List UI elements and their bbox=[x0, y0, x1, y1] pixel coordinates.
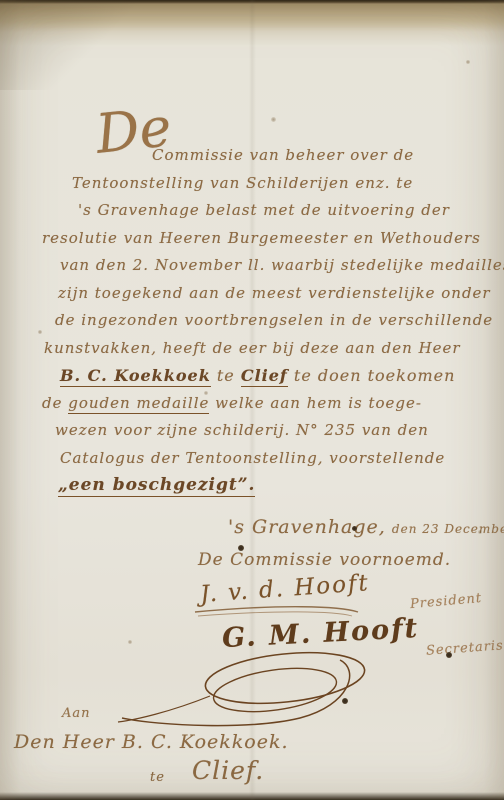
letter-line: Commissie van beheer over de bbox=[152, 142, 504, 170]
address-recipient: Den Heer B. C. Koekkoek. bbox=[14, 731, 289, 753]
address-salutation: Aan bbox=[62, 706, 91, 721]
letter-body: Commissie van beheer over deTentoonstell… bbox=[40, 142, 504, 500]
letter-line: wezen voor zijne schilderij. N° 235 van … bbox=[55, 417, 504, 445]
underlined-text: „een boschgezigt”. bbox=[58, 475, 255, 497]
dateline-date: den 23 December 1839. bbox=[392, 522, 504, 536]
letter-line: 's Gravenhage belast met de uitvoering d… bbox=[78, 197, 504, 225]
letter-document: De Commissie van beheer over deTentoonst… bbox=[0, 0, 504, 800]
underlined-text: Clief bbox=[241, 366, 288, 387]
foxing-spot bbox=[128, 640, 132, 644]
text-segment: te bbox=[211, 366, 241, 385]
foxing-spot bbox=[271, 117, 276, 122]
address-prefix: te bbox=[150, 770, 165, 785]
secretary-title: Secretaris bbox=[426, 638, 504, 658]
letter-line: resolutie van Heeren Burgemeester en Wet… bbox=[42, 225, 504, 253]
letter-line: kunstvakken, heeft de eer bij deze aan d… bbox=[44, 335, 504, 363]
letter-line: „een boschgezigt”. bbox=[58, 472, 504, 500]
letter-line: zijn toegekend aan de meest verdiensteli… bbox=[58, 280, 504, 308]
address-city: Clief. bbox=[192, 756, 264, 785]
text-segment: Tentoonstelling van Schilderijen enz. te bbox=[72, 174, 413, 192]
text-segment: de bbox=[42, 394, 68, 412]
text-segment: kunstvakken, heeft de eer bij deze aan d… bbox=[44, 339, 461, 357]
dateline-place: 's Gravenhage, bbox=[228, 516, 386, 538]
letter-line: de gouden medaille welke aan hem is toeg… bbox=[42, 390, 504, 418]
text-segment: van den 2. November ll. waarbij stedelij… bbox=[60, 256, 504, 274]
text-segment: te doen toekomen bbox=[288, 366, 456, 385]
foxing-spot bbox=[466, 60, 470, 64]
text-segment: Commissie van beheer over de bbox=[152, 146, 414, 164]
paper-corner-shade bbox=[0, 0, 170, 90]
text-segment: welke aan hem is toege- bbox=[209, 394, 422, 412]
president-title: President bbox=[409, 591, 482, 612]
underlined-text: B. C. Koekkoek bbox=[60, 366, 211, 387]
letter-line: B. C. Koekkoek te Clief te doen toekomen bbox=[60, 362, 504, 390]
text-segment: zijn toegekend aan de meest verdiensteli… bbox=[58, 284, 491, 302]
letter-line: van den 2. November ll. waarbij stedelij… bbox=[60, 252, 504, 280]
letter-line: Tentoonstelling van Schilderijen enz. te bbox=[72, 170, 504, 198]
foxing-spot bbox=[342, 698, 348, 704]
text-segment: 's Gravenhage belast met de uitvoering d… bbox=[78, 201, 450, 219]
text-segment: wezen voor zijne schilderij. N° 235 van … bbox=[55, 421, 429, 439]
secretary-signature: G. M. Hooft bbox=[221, 613, 420, 654]
dateline: 's Gravenhage, den 23 December 1839. bbox=[228, 516, 504, 538]
text-segment: resolutie van Heeren Burgemeester en Wet… bbox=[42, 229, 481, 247]
committee-line: De Commissie voornoemd. bbox=[198, 550, 451, 570]
letter-line: Catalogus der Tentoonstelling, voorstell… bbox=[60, 445, 504, 473]
letter-line: de ingezonden voortbrengselen in de vers… bbox=[55, 307, 504, 335]
president-signature: J. v. d. Hooft bbox=[199, 570, 370, 608]
text-segment: de ingezonden voortbrengselen in de vers… bbox=[55, 311, 493, 329]
text-segment: Catalogus der Tentoonstelling, voorstell… bbox=[60, 449, 445, 467]
underlined-text: gouden medaille bbox=[68, 394, 209, 414]
